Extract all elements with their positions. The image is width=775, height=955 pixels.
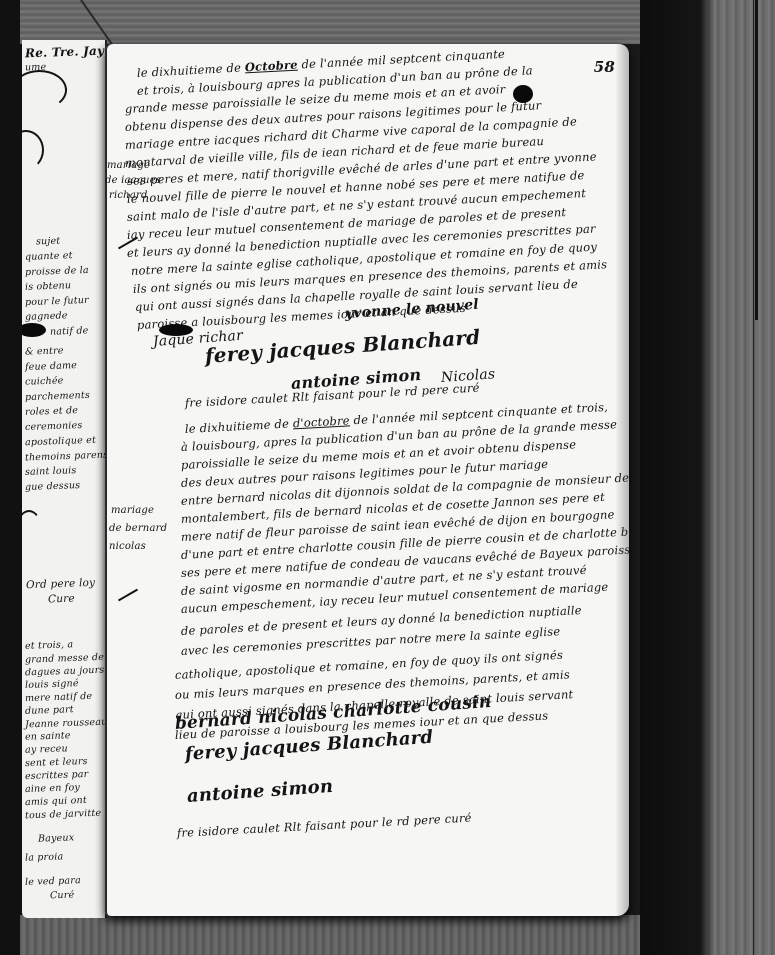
left-page-line: dune part <box>25 704 74 718</box>
left-page-line: louis signé <box>25 678 79 692</box>
page-number: 58 <box>594 58 615 76</box>
left-page-line: saint louis <box>25 465 77 479</box>
left-page-line: sent et leurs <box>25 756 88 770</box>
left-page-line: pour le futur <box>25 295 89 309</box>
scan-background-top <box>20 0 660 44</box>
left-page-line: Re. Tre. Jay <box>25 45 105 60</box>
left-page-line: en sainte <box>25 730 71 744</box>
left-page-line: le ved para <box>25 875 81 889</box>
flourish-mark <box>22 70 67 110</box>
left-page-line: apostolique et <box>25 435 96 449</box>
signature: antoine simon <box>186 776 334 807</box>
left-page-line: Bayeux <box>38 832 75 845</box>
margin-note: nicolas <box>109 540 146 554</box>
ink-blot <box>159 324 193 336</box>
left-page-line: aine en foy <box>25 782 80 796</box>
left-page-line: themoins parens <box>25 450 107 465</box>
signature: ferey jacques Blanchard <box>204 325 481 368</box>
margin-dash-mark <box>118 589 138 602</box>
left-page-line: cuichée <box>25 375 64 388</box>
left-page: Re. Tre. Jay ume sujet quante et proisse… <box>22 40 107 918</box>
left-page-line: ay receu <box>25 743 68 756</box>
left-page-line: amis qui ont <box>25 795 87 809</box>
flourish-mark <box>22 130 44 170</box>
left-page-line: gagnede <box>25 310 68 323</box>
left-page-line: & entre <box>25 345 64 358</box>
scan-background-bottom <box>20 915 660 955</box>
left-page-line: Cure <box>48 593 75 606</box>
left-page-line: mere natif de <box>25 691 93 705</box>
register-page: 58 mariage de iacques richard le dixhuit… <box>105 44 629 916</box>
left-page-line: proisse de la <box>25 265 89 279</box>
left-page-line: feue dame <box>25 360 77 374</box>
left-page-line: sujet <box>36 236 61 249</box>
margin-note: mariage <box>111 504 154 518</box>
left-page-line: is obtenu <box>25 280 72 294</box>
ink-blot <box>22 323 46 337</box>
scan-left-edge <box>0 0 22 955</box>
left-page-line: escrittes par <box>25 769 89 783</box>
scan-background-right <box>640 0 775 955</box>
left-page-line: tous de jarvitte <box>25 808 102 823</box>
margin-note: de bernard <box>109 522 167 536</box>
left-page-line: roles et de <box>25 405 79 419</box>
left-page-line: parchements <box>25 390 90 404</box>
left-page-line: Ord pere loy <box>26 577 96 591</box>
left-page-line: quante et <box>25 250 73 264</box>
left-page-line: gue dessus <box>25 480 81 494</box>
left-page-line: Jeanne rousseau <box>25 717 107 732</box>
left-page-line: et trois, a <box>25 639 74 653</box>
left-page-line: natif de <box>50 325 89 338</box>
left-page-line: dagues au jours <box>25 665 105 680</box>
left-page-line: ceremonies <box>25 420 83 434</box>
left-page-line: la proia <box>25 851 64 864</box>
flourish-mark <box>22 510 42 548</box>
officiant-line: fre isidore caulet Rlt faisant pour le r… <box>177 811 472 841</box>
left-page-line: Curé <box>50 890 75 903</box>
